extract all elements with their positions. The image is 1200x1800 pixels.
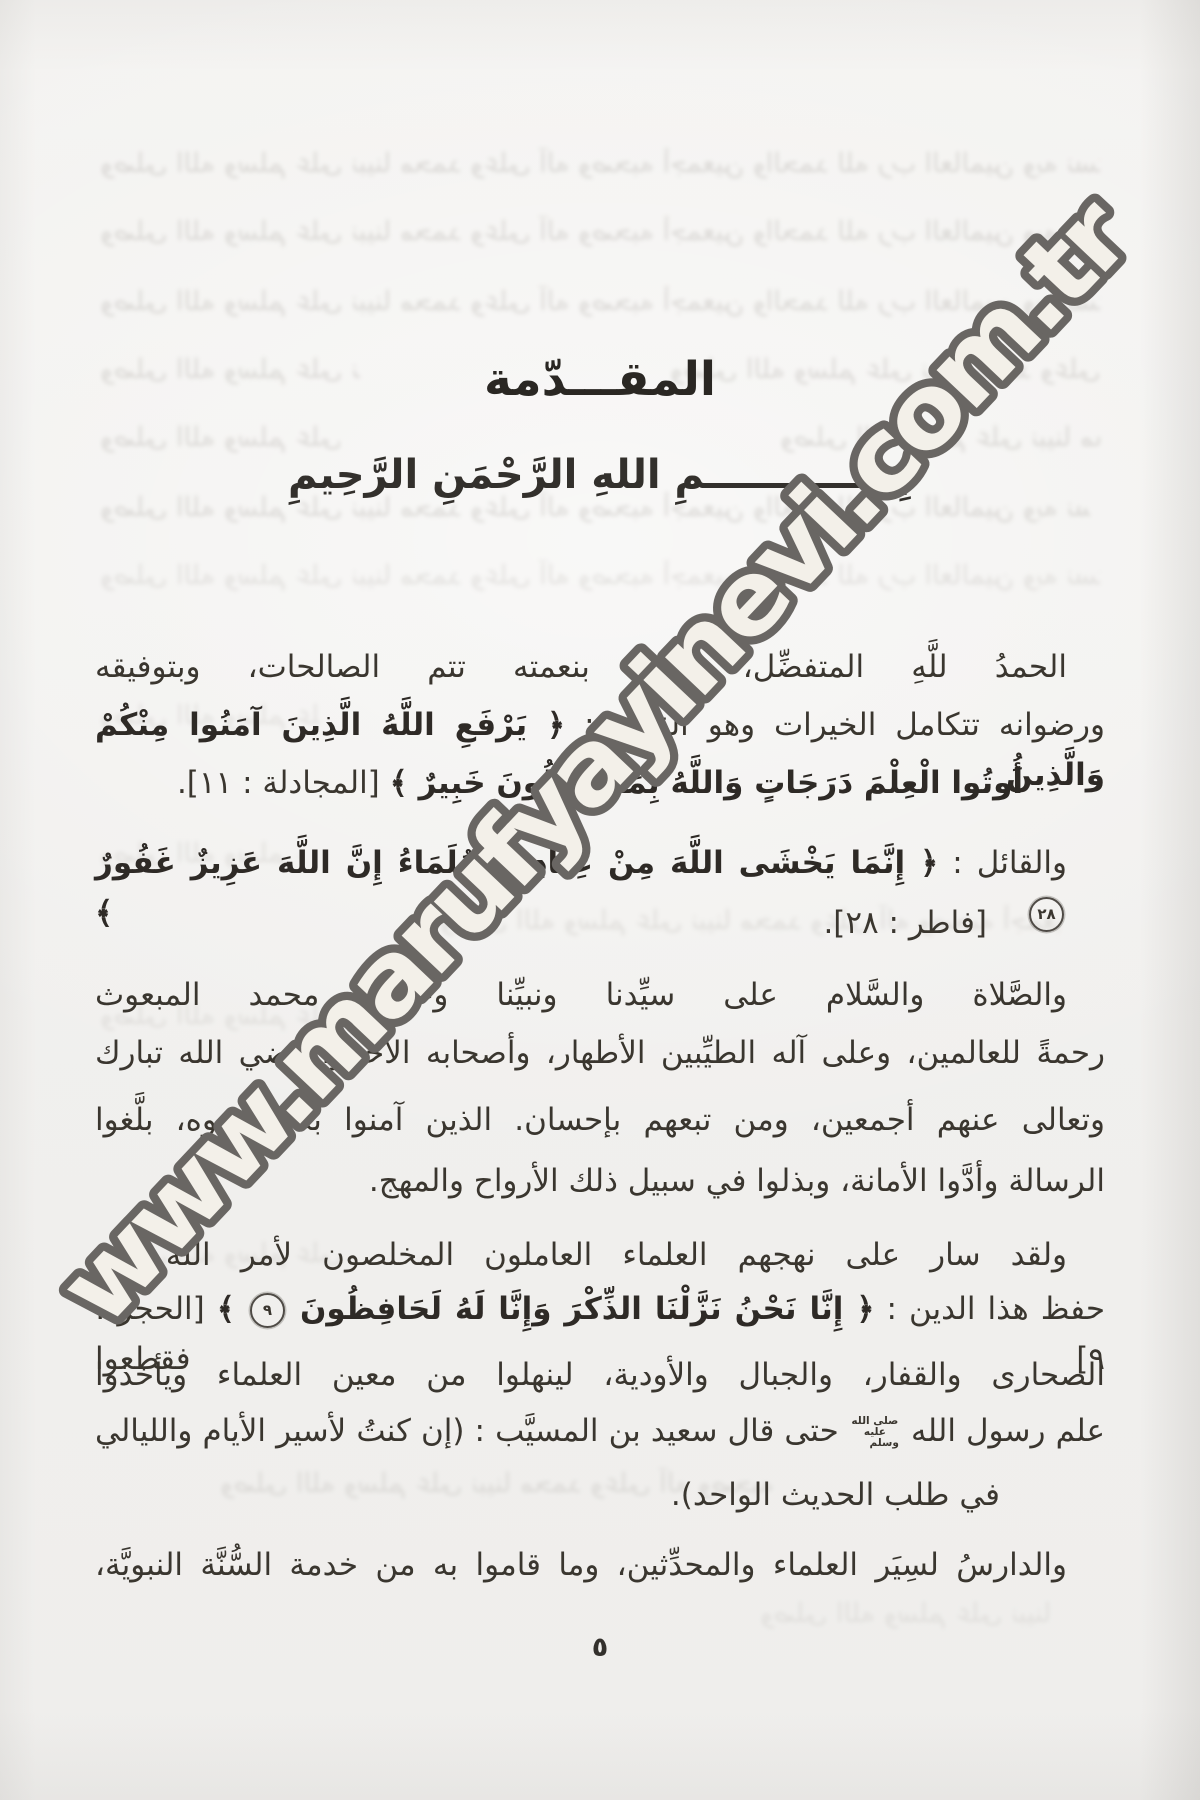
page-number: ٥ <box>0 1632 1200 1663</box>
body-line: الحمدُ للَّهِ المتفضِّل، الذي بنعمته تتم… <box>95 642 1105 692</box>
body-text: علم رسول الله <box>911 1413 1105 1449</box>
quran-verse: ﴿ إِنَّا نَحْنُ نَزَّلْنَا الذِّكْرَ وَإ… <box>300 1291 875 1327</box>
quran-verse: ﴿ إِنَّمَا يَخْشَى اللَّهَ مِنْ عِبَادِه… <box>95 845 938 881</box>
book-page: وصلى الله وسلم على نبينا محمد وعلى آله و… <box>0 0 1200 1800</box>
verse-citation-line: [فاطر : ٢٨]. <box>0 898 1105 948</box>
body-line: ولقد سار على نهجهم العلماء العاملون المخ… <box>95 1230 1105 1280</box>
bleedthrough-line: وصلى الله وسلم على نبينا محمد وعلى آله و… <box>100 422 340 453</box>
bleedthrough-line: وصلى الله وسلم على نبينا محمد وعلى آله و… <box>100 216 1100 247</box>
bleedthrough-line: وصلى الله وسلم على نبينا محمد وعلى آله و… <box>780 422 1100 453</box>
body-line: في طلب الحديث الواحد). <box>0 1470 1105 1520</box>
bleedthrough-line: وصلى الله وسلم على نبينا محمد وعلى آله و… <box>760 1598 1060 1629</box>
quran-verse: أُوتُوا الْعِلْمَ دَرَجَاتٍ وَاللَّهُ بِ… <box>390 765 1023 801</box>
body-line: رحمةً للعالمين، وعلى آله الطيِّبين الأطه… <box>95 1028 1105 1078</box>
body-text: ورضوانه تتكامل الخيرات وهو القائل : <box>584 707 1105 743</box>
ayah-number-badge: ٩ <box>250 1293 285 1328</box>
body-line: والدارسُ لسِيَر العلماء والمحدِّثين، وما… <box>95 1540 1105 1590</box>
body-line: علم رسول الله صلى الله عليه وسلم حتى قال… <box>95 1406 1105 1456</box>
body-text: حفظ هذا الدين : <box>887 1291 1106 1327</box>
sallallahu-alayhi-wasallam-mark: صلى الله عليه وسلم <box>851 1416 899 1449</box>
body-line: الرسالة وأدَّوا الأمانة، وبذلوا في سبيل … <box>95 1156 1105 1206</box>
basmala-calligraphy: بِسْـــــــــــمِ اللهِ الرَّحْمَنِ الرَ… <box>0 452 1200 498</box>
verse-citation: [المجادلة : ١١]. <box>177 765 380 801</box>
bleedthrough-line: وصلى الله وسلم على نبينا محمد وعلى آله و… <box>100 560 1100 591</box>
page-title: المقـــدّمة <box>0 352 1200 407</box>
body-text: حتى قال سعيد بن المسيَّب : (إن كنتُ لأسي… <box>95 1413 839 1449</box>
body-line: والصَّلاة والسَّلام على سيِّدنا ونبيِّنا… <box>95 970 1105 1020</box>
ayah-number: ٩ <box>263 1303 272 1318</box>
bleedthrough-line: وصلى الله وسلم على نبينا محمد وعلى آله و… <box>100 148 1100 179</box>
body-line: الصحارى والقفار، والجبال والأودية، لينهل… <box>95 1350 1105 1400</box>
body-text: والقائل : <box>952 845 1067 881</box>
body-line: أُوتُوا الْعِلْمَ دَرَجَاتٍ وَاللَّهُ بِ… <box>95 758 1105 808</box>
body-line: وتعالى عنهم أجمعين، ومن تبعهم بإحسان. ال… <box>95 1095 1105 1145</box>
quran-bracket: ﴾ <box>217 1291 235 1327</box>
bleedthrough-line: وصلى الله وسلم على نبينا محمد وعلى آله و… <box>100 286 1100 317</box>
